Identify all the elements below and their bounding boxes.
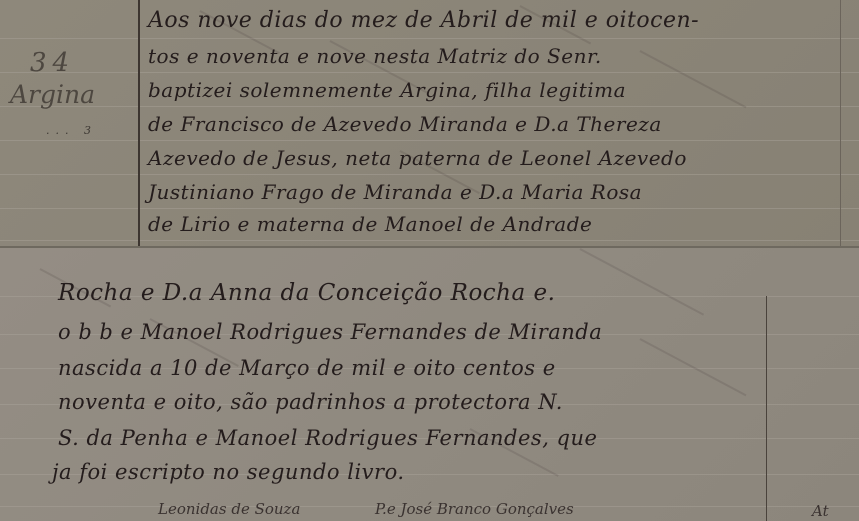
witness-signature: Leonidas de Souza [158, 500, 300, 518]
register-photo-top: 34 Argina ... 3 Aos nove dias do mez de … [0, 0, 859, 246]
text-line: nascida a 10 de Março de mil e oito cent… [58, 356, 556, 380]
text-line: noventa e oito, são padrinhos a protecto… [58, 390, 563, 414]
text-line: Justiniano Frago de Miranda e D.a Maria … [148, 180, 642, 204]
text-line: Aos nove dias do mez de Abril de mil e o… [148, 8, 699, 33]
text-line: ja foi escripto no segundo livro. [52, 460, 405, 484]
text-line: Azevedo de Jesus, neta paterna de Leonel… [148, 146, 687, 170]
text-line: o b b e Manoel Rodrigues Fernandes de Mi… [58, 320, 602, 344]
right-margin-rule [766, 296, 767, 521]
register-photo-bottom: Rocha e D.a Anna da Conceição Rocha e. o… [0, 246, 859, 521]
text-line: de Lirio e materna de Manoel de Andrade [148, 212, 592, 236]
text-line: Rocha e D.a Anna da Conceição Rocha e. [58, 280, 555, 306]
text-line: baptizei solemnemente Argina, filha legi… [148, 78, 626, 102]
text-line: S. da Penha e Manoel Rodrigues Fernandes… [58, 426, 597, 450]
margin-note: ... 3 [46, 124, 97, 137]
right-edge-mark: At [812, 502, 829, 520]
right-margin-rule [840, 0, 841, 246]
child-name-margin: Argina [10, 80, 95, 109]
priest-signature: P.e José Branco Gonçalves [375, 500, 574, 518]
entry-number: 34 [30, 48, 75, 78]
margin-rule [138, 0, 140, 246]
text-line: tos e noventa e nove nesta Matriz do Sen… [148, 44, 602, 68]
text-line: de Francisco de Azevedo Miranda e D.a Th… [148, 112, 662, 136]
